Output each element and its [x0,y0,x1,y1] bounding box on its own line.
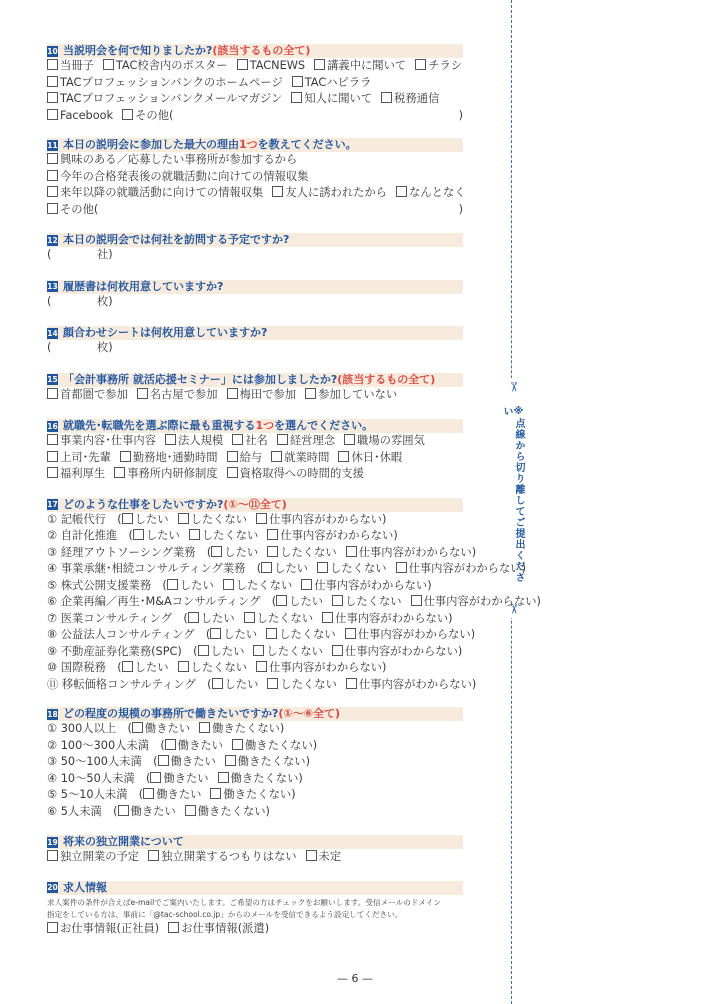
matrix-row: ⑨ 不動産証券化業務(SPC) (したいしたくない仕事内容がわからない) [47,644,463,661]
checkbox[interactable] [253,645,264,656]
question-header: 16 就職先･転職先を選ぶ際に最も重視する1つを選んでください。 [47,419,463,433]
checkbox-option[interactable]: 働きたい [165,738,223,755]
option-row: 来年以降の就職活動に向けての情報収集友人に誘われたからなんとなく [47,185,463,202]
row-label-text: 経理アウトソーシング業務 [61,546,196,559]
checkbox-option[interactable]: したくない [253,644,323,661]
matrix-row: ⑥ 5人未満 (働きたい働きたくない) [47,804,463,821]
checkbox-option[interactable]: 未定 [306,849,342,866]
checkbox[interactable] [122,513,133,524]
row-label-text: 医業コンサルティング [61,612,172,625]
checkbox[interactable] [47,186,58,197]
checkbox-option[interactable]: 仕事内容がわからない [346,545,472,562]
matrix-row: ⑩ 国際税務 (したいしたくない仕事内容がわからない) [47,660,463,677]
option-row: TACプロフェッションバンクメールマガジン知人に聞いて税務通信 [47,91,463,108]
checkbox[interactable] [158,755,169,766]
checkbox[interactable] [411,595,422,606]
question-header: 15 「会計事務所 就活応援セミナー」には参加しましたか? (該当するもの全て) [47,373,463,387]
checkbox[interactable] [306,850,317,861]
checkbox-option[interactable]: 今年の合格発表後の就職活動に向けての情報収集 [47,169,309,186]
question-10: 10 当説明会を何で知りましたか? (該当するもの全て) 当冊子TAC校舎内のポ… [47,44,463,124]
checkbox-option[interactable]: 当冊子 [47,58,94,75]
row-label: ⑧ [47,628,57,641]
checkbox-option[interactable]: したい [122,660,169,677]
checkbox-option[interactable]: 首都圏で参加 [47,387,128,404]
checkbox[interactable] [314,59,325,70]
option-row: 首都圏で参加名古屋で参加梅田で参加参加していない [47,387,463,404]
checkbox[interactable] [198,645,209,656]
question-header: 14 顔合わせシートは何枚用意していますか? [47,326,463,340]
checkbox-option[interactable]: 働きたくない [232,738,313,755]
question-number-badge: 13 [47,281,58,292]
checkbox-option[interactable]: したい [122,512,169,529]
checkbox-option[interactable]: 仕事内容がわからない [256,660,382,677]
question-title: 当説明会を何で知りましたか? [63,44,212,58]
question-title: 「会計事務所 就活応援セミナー」には参加しましたか? [63,373,337,387]
option-row: お仕事情報(正社員)お仕事情報(派遣) [47,921,463,938]
question-title: どの程度の規模の事務所で働きたいですか? [63,707,278,721]
row-label: ② [47,529,57,542]
checkbox[interactable] [143,788,154,799]
checkbox[interactable] [415,59,426,70]
checkbox[interactable] [212,678,223,689]
checkbox[interactable] [227,451,238,462]
question-emphasis: (該当するもの全て) [337,373,435,387]
option-row: その他( ) [47,202,463,219]
checkbox-option[interactable]: 働きたい [143,787,201,804]
checkbox-option[interactable]: したくない [267,677,337,694]
checkbox[interactable] [47,92,58,103]
checkbox[interactable] [189,529,200,540]
question-emphasis: (該当するもの全て) [212,44,310,58]
checkbox-option[interactable]: したい [133,528,180,545]
row-label-text: 企業再編／再生･M&Aコンサルティング [61,595,261,608]
checkbox-option[interactable]: したくない [223,578,293,595]
checkbox[interactable] [165,739,176,750]
question-title: 本日の説明会に参加した最大の理由 [63,138,239,152]
checkbox[interactable] [165,434,176,445]
option-row: 上司･先輩勤務地･通勤時間給与就業時間休日･休暇 [47,450,463,467]
checkbox-option[interactable]: TACプロフェッションバンクメールマガジン [47,91,282,108]
checkbox[interactable] [47,922,58,933]
matrix-row: ⑧ 公益法人コンサルティング (したいしたくない仕事内容がわからない) [47,627,463,644]
checkbox[interactable] [317,562,328,573]
checkbox[interactable] [261,562,272,573]
job-info-note: 求人案件の条件が合えばe-mailでご案内いたします。ご希望の方はチェックをお願… [47,897,463,921]
checkbox[interactable] [47,388,58,399]
question-14: 14 顔合わせシートは何枚用意していますか? (枚) [47,326,463,357]
checkbox[interactable] [178,513,189,524]
option-row: TACプロフェッションバンクのホームページTACハピララ [47,75,463,92]
row-label: ④ [47,772,57,785]
row-label-text: 株式公開支援業務 [61,579,151,592]
matrix-row: ⑦ 医業コンサルティング (したいしたくない仕事内容がわからない) [47,611,463,628]
question-11: 11 本日の説明会に参加した最大の理由1つを教えてください。 興味のある／応募し… [47,138,463,218]
question-title: 本日の説明会では何社を訪問する予定ですか? [63,233,289,247]
checkbox[interactable] [47,850,58,861]
row-label: ⑪ [47,678,58,691]
checkbox-option[interactable]: したくない [178,660,248,677]
checkbox[interactable] [148,850,159,861]
checkbox[interactable] [381,92,392,103]
checkbox-option[interactable]: 名古屋で参加 [137,387,218,404]
question-number-badge: 20 [47,882,58,893]
question-title: どのような仕事をしたいですか? [63,498,223,512]
cut-instruction-panel: ✂ ※点線から切り離してご提出ください ✂ [500,378,524,618]
checkbox[interactable] [114,467,125,478]
checkbox-option[interactable]: 給与 [227,450,263,467]
checkbox-option[interactable]: 経営理念 [277,433,335,450]
checkbox-option[interactable]: 働きたくない [199,721,280,738]
checkbox-option[interactable]: したくない [266,627,336,644]
checkbox-option[interactable]: 社名 [232,433,268,450]
checkbox[interactable] [118,805,129,816]
checkbox[interactable] [396,186,407,197]
checkbox[interactable] [178,661,189,672]
checkbox-option[interactable]: TACNEWS [237,58,305,75]
question-19: 19 将来の独立開業について 独立開業の予定独立開業するつもりはない未定 [47,835,463,866]
checkbox-option[interactable]: 仕事内容がわからない [345,627,471,644]
checkbox-option[interactable]: したくない [267,545,337,562]
row-label-text: 移転価格コンサルティング [62,678,196,691]
checkbox[interactable] [137,388,148,399]
question-number-badge: 11 [47,140,58,151]
row-label: ③ [47,755,57,768]
checkbox[interactable] [301,579,312,590]
checkbox-option[interactable]: Facebook [47,108,113,125]
option-row: Facebookその他( ) [47,108,463,125]
row-label-text: 自計化推進 [61,529,118,542]
question-number-badge: 15 [47,374,58,385]
checkbox[interactable] [292,76,303,87]
checkbox[interactable] [47,467,58,478]
row-label-text: 5人未満 [61,805,102,818]
checkbox[interactable] [185,805,196,816]
checkbox[interactable] [223,579,234,590]
checkbox[interactable] [232,434,243,445]
count-input-row[interactable]: (枚) [47,294,463,311]
checkbox-option[interactable]: 講義中に聞いて [314,58,406,75]
checkbox-option[interactable]: 友人に誘われたから [272,185,387,202]
checkbox-option-other[interactable]: その他( [122,108,173,125]
checkbox[interactable] [210,628,221,639]
question-number-badge: 16 [47,421,58,432]
question-title: 履歴書は何枚用意していますか? [63,280,223,294]
row-label-text: 50～100人未満 [61,755,142,768]
checkbox-option[interactable]: 働きたい [132,721,190,738]
question-13: 13 履歴書は何枚用意していますか? (枚) [47,280,463,311]
row-label: ⑤ [47,788,57,801]
question-header: 18 どの程度の規模の事務所で働きたいですか? (①～⑥全て) [47,707,463,721]
checkbox-option[interactable]: チラシ [415,58,462,75]
checkbox[interactable] [277,434,288,445]
checkbox[interactable] [272,186,283,197]
checkbox-option[interactable]: 働きたくない [210,787,291,804]
checkbox-option[interactable]: 仕事内容がわからない [332,644,458,661]
unit-label: 枚) [97,295,113,308]
row-label-text: 記帳代行 [61,513,106,526]
row-label-text: 10～50人未満 [61,772,135,785]
checkbox-option[interactable]: 仕事内容がわからない [411,594,537,611]
matrix-row: ⑥ 企業再編／再生･M&Aコンサルティング (したいしたくない仕事内容がわからな… [47,594,463,611]
other-close-paren: ) [459,108,463,125]
checkbox-option[interactable]: お仕事情報(派遣) [168,921,269,938]
checkbox-option[interactable]: 仕事内容がわからない [301,578,427,595]
checkbox[interactable] [47,109,58,120]
row-label: ⑦ [47,612,57,625]
row-label: ① [47,513,57,526]
option-row: 福利厚生事務所内研修制度資格取得への時間的支援 [47,466,463,483]
checkbox-option[interactable]: お仕事情報(正社員) [47,921,159,938]
row-label: ⑥ [47,805,57,818]
checkbox-option[interactable]: 勤務地･通勤時間 [120,450,218,467]
checkbox-option[interactable]: 独立開業するつもりはない [148,849,296,866]
checkbox[interactable] [256,513,267,524]
checkbox[interactable] [276,595,287,606]
checkbox-option[interactable]: 就業時間 [271,450,329,467]
checkbox-option[interactable]: 仕事内容がわからない [267,528,393,545]
unit-label: 枚) [97,341,113,354]
question-15: 15 「会計事務所 就活応援セミナー」には参加しましたか? (該当するもの全て)… [47,373,463,404]
option-row: 当冊子TAC校舎内のポスターTACNEWS講義中に聞いてチラシ [47,58,463,75]
checkbox-option[interactable]: 事業内容･仕事内容 [47,433,156,450]
question-header: 17 どのような仕事をしたいですか? (①～⑪全て) [47,498,463,512]
checkbox-option[interactable]: 働きたくない [225,754,306,771]
question-18: 18 どの程度の規模の事務所で働きたいですか? (①～⑥全て) ① 300人以上… [47,707,463,820]
option-row: 興味のある／応募したい事務所が参加するから [47,152,463,169]
question-20: 20 求人情報 求人案件の条件が合えばe-mailでご案内いたします。ご希望の方… [47,881,463,938]
checkbox-option[interactable]: したい [210,627,257,644]
firm-size-list: ① 300人以上 (働きたい働きたくない)② 100～300人未満 (働きたい働… [47,721,463,820]
question-emphasis: (①～⑥全て) [278,707,340,721]
checkbox[interactable] [267,546,278,557]
row-label: ② [47,739,57,752]
question-header: 12 本日の説明会では何社を訪問する予定ですか? [47,233,463,247]
checkbox[interactable] [133,529,144,540]
option-row: 今年の合格発表後の就職活動に向けての情報収集 [47,169,463,186]
checkbox[interactable] [266,628,277,639]
checkbox-option[interactable]: したくない [178,512,248,529]
checkbox-option[interactable]: したい [188,611,235,628]
question-number-badge: 14 [47,328,58,339]
checkbox-option[interactable]: 仕事内容がわからない [396,561,522,578]
question-header: 20 求人情報 [47,881,463,895]
checkbox-option[interactable]: したい [198,644,245,661]
checkbox[interactable] [122,661,133,672]
checkbox[interactable] [227,388,238,399]
option-row: 事業内容･仕事内容法人規模社名経営理念職場の雰囲気 [47,433,463,450]
question-emphasis: 1つ [239,138,258,152]
checkbox-option[interactable]: なんとなく [396,185,466,202]
checkbox[interactable] [344,434,355,445]
matrix-row: ② 100～300人未満 (働きたい働きたくない) [47,738,463,755]
checkbox[interactable] [47,153,58,164]
checkbox-option[interactable]: 資格取得への時間的支援 [227,466,364,483]
matrix-row: ⑤ 株式公開支援業務 (したいしたくない仕事内容がわからない) [47,578,463,595]
row-label-text: 事業承継･相続コンサルティング業務 [61,562,246,575]
question-header: 11 本日の説明会に参加した最大の理由1つを教えてください。 [47,138,463,152]
row-label: ③ [47,546,57,559]
checkbox[interactable] [271,451,282,462]
checkbox-option[interactable]: 仕事内容がわからない [322,611,448,628]
matrix-row: ① 300人以上 (働きたい働きたくない) [47,721,463,738]
checkbox[interactable] [225,755,236,766]
checkbox[interactable] [47,434,58,445]
checkbox-option[interactable]: 興味のある／応募したい事務所が参加するから [47,152,297,169]
checkbox[interactable] [122,109,133,120]
question-title: 顔合わせシートは何枚用意していますか? [63,326,267,340]
checkbox[interactable] [396,562,407,573]
checkbox[interactable] [47,59,58,70]
question-number-badge: 10 [47,46,58,57]
checkbox[interactable] [345,628,356,639]
checkbox[interactable] [338,451,349,462]
checkbox-option[interactable]: したくない [317,561,387,578]
checkbox-option[interactable]: 働きたい [158,754,216,771]
matrix-row: ④ 事業承継･相続コンサルティング業務 (したいしたくない仕事内容がわからない) [47,561,463,578]
checkbox-option[interactable]: 独立開業の予定 [47,849,139,866]
checkbox[interactable] [168,922,179,933]
checkbox[interactable] [150,772,161,783]
question-12: 12 本日の説明会では何社を訪問する予定ですか? (社) [47,233,463,264]
checkbox[interactable] [256,661,267,672]
other-close-paren: ) [459,202,463,219]
checkbox-option[interactable]: 上司･先輩 [47,450,111,467]
survey-page: 10 当説明会を何で知りましたか? (該当するもの全て) 当冊子TAC校舎内のポ… [47,44,463,937]
checkbox-option[interactable]: 職場の雰囲気 [344,433,425,450]
question-number-badge: 17 [47,499,58,510]
job-preference-list: ① 記帳代行 (したいしたくない仕事内容がわからない)② 自計化推進 (したいし… [47,512,463,694]
row-label: ① [47,722,57,735]
checkbox-option[interactable]: したくない [244,611,314,628]
checkbox[interactable] [199,722,210,733]
checkbox-option[interactable]: したくない [189,528,259,545]
checkbox[interactable] [346,546,357,557]
count-input-row[interactable]: (社) [47,247,463,264]
checkbox[interactable] [227,467,238,478]
checkbox[interactable] [167,579,178,590]
question-emphasis: (①～⑪全て) [223,498,286,512]
checkbox-option[interactable]: 働きたくない [218,771,299,788]
checkbox[interactable] [267,678,278,689]
question-header: 19 将来の独立開業について [47,835,463,849]
question-number-badge: 19 [47,837,58,848]
checkbox[interactable] [322,612,333,623]
checkbox[interactable] [47,451,58,462]
checkbox[interactable] [332,645,343,656]
matrix-row: ④ 10～50人未満 (働きたい働きたくない) [47,771,463,788]
checkbox[interactable] [211,546,222,557]
question-title: 就職先･転職先を選ぶ際に最も重視する [63,419,256,433]
checkbox-option[interactable]: したい [212,677,259,694]
question-number-badge: 18 [47,709,58,720]
checkbox-option-other[interactable]: その他( [47,202,98,219]
checkbox-option[interactable]: 働きたい [150,771,208,788]
checkbox[interactable] [47,76,58,87]
checkbox-option[interactable]: 休日･休暇 [338,450,402,467]
unit-label: 社) [97,248,113,261]
row-label-text: 300人以上 [61,722,116,735]
row-label-text: 国際税務 [61,661,106,674]
checkbox[interactable] [332,595,343,606]
matrix-row: ③ 経理アウトソーシング業務 (したいしたくない仕事内容がわからない) [47,545,463,562]
checkbox[interactable] [267,529,278,540]
checkbox[interactable] [291,92,302,103]
checkbox[interactable] [218,772,229,783]
row-label-text: 100～300人未満 [61,739,149,752]
checkbox[interactable] [103,59,114,70]
checkbox-option[interactable]: したい [167,578,214,595]
question-header: 13 履歴書は何枚用意していますか? [47,280,463,294]
scissors-icon: ✂ [505,382,519,393]
checkbox-option[interactable]: 働きたい [118,804,176,821]
count-input-row[interactable]: (枚) [47,340,463,357]
checkbox-option[interactable]: TAC校舎内のポスター [103,58,228,75]
checkbox[interactable] [47,203,58,214]
row-label: ⑤ [47,579,57,592]
checkbox-option[interactable]: TACハピララ [292,75,372,92]
matrix-row: ① 記帳代行 (したいしたくない仕事内容がわからない) [47,512,463,529]
page-number: — 6 — [0,972,710,985]
checkbox-option[interactable]: 税務通信 [381,91,439,108]
matrix-row: ② 自計化推進 (したいしたくない仕事内容がわからない) [47,528,463,545]
question-title-suffix: を選んでください。 [274,419,373,433]
checkbox-option[interactable]: 福利厚生 [47,466,105,483]
row-label-text: 公益法人コンサルティング [61,628,195,641]
row-label: ⑩ [47,661,57,674]
checkbox-option[interactable]: したくない [332,594,402,611]
row-label-text: 5～10人未満 [61,788,128,801]
question-header: 10 当説明会を何で知りましたか? (該当するもの全て) [47,44,463,58]
checkbox-option[interactable]: 来年以降の就職活動に向けての情報収集 [47,185,263,202]
checkbox-option[interactable]: したい [261,561,308,578]
checkbox-option[interactable]: 梅田で参加 [227,387,297,404]
matrix-row: ③ 50～100人未満 (働きたい働きたくない) [47,754,463,771]
checkbox-option[interactable]: したい [276,594,323,611]
checkbox-option[interactable]: 事務所内研修制度 [114,466,217,483]
checkbox-option[interactable]: 参加していない [305,387,397,404]
row-label-text: 不動産証券化業務(SPC) [61,645,182,658]
checkbox[interactable] [120,451,131,462]
row-label: ⑨ [47,645,57,658]
question-number-badge: 12 [47,235,58,246]
matrix-row: ⑪ 移転価格コンサルティング (したいしたくない仕事内容がわからない) [47,677,463,694]
checkbox[interactable] [346,678,357,689]
checkbox-option[interactable]: 知人に聞いて [291,91,372,108]
question-title: 将来の独立開業について [63,835,184,849]
checkbox[interactable] [244,612,255,623]
checkbox[interactable] [210,788,221,799]
checkbox[interactable] [232,739,243,750]
matrix-row: ⑤ 5～10人未満 (働きたい働きたくない) [47,787,463,804]
checkbox-option[interactable]: したい [211,545,258,562]
checkbox[interactable] [237,59,248,70]
checkbox[interactable] [188,612,199,623]
checkbox[interactable] [47,170,58,181]
row-label: ⑥ [47,595,57,608]
checkbox[interactable] [305,388,316,399]
question-emphasis: 1つ [256,419,275,433]
question-title-suffix: を教えてください。 [258,138,357,152]
checkbox-option[interactable]: 働きたくない [185,804,266,821]
checkbox-option[interactable]: 仕事内容がわからない [346,677,472,694]
question-17: 17 どのような仕事をしたいですか? (①～⑪全て) ① 記帳代行 (したいした… [47,498,463,694]
checkbox-option[interactable]: 法人規模 [165,433,223,450]
checkbox-option[interactable]: 仕事内容がわからない [256,512,382,529]
option-row: 独立開業の予定独立開業するつもりはない未定 [47,849,463,866]
checkbox-option[interactable]: TACプロフェッションバンクのホームページ [47,75,283,92]
checkbox[interactable] [132,722,143,733]
row-label: ④ [47,562,57,575]
